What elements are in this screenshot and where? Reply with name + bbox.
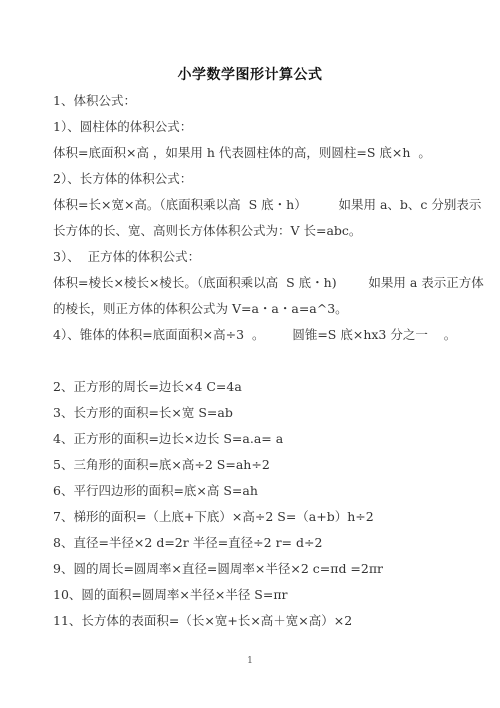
formula-line: 7、梯形的面积=（上底+下底）×高÷2 S=（a+b）h÷2 (53, 509, 374, 525)
formula-line: 11、长方体的表面积=（长×宽+长×高＋宽×高）×2 (53, 613, 352, 629)
formula-line: 5、三角形的面积=底×高÷2 S=ah÷2 (53, 457, 270, 473)
formula-line: 1）、圆柱体的体积公式： (53, 119, 192, 135)
formula-line: 的棱长，则正方体的体积公式为 V=a・a・a=a^3。 (53, 301, 348, 317)
formula-line: 4、正方形的面积=边长×边长 S=a.a= a (53, 431, 283, 447)
document-title: 小学数学图形计算公式 (0, 64, 500, 84)
formula-line: 3、长方形的面积=长×宽 S=ab (53, 405, 233, 421)
formula-line: 体积=底面积×高 ，如果用 h 代表圆柱体的高，则圆柱=S 底×h 。 (53, 145, 431, 161)
formula-line: 9、圆的周长=圆周率×直径=圆周率×半径×2 c=πd =2πr (53, 561, 383, 577)
formula-line: 体积=棱长×棱长×棱长。（底面积乘以高 S 底・h) 如果用 a 表示正方体 (53, 275, 484, 291)
formula-line: 2、正方形的周长=边长×4 C=4a (53, 379, 242, 395)
formula-line: 4）、锥体的体积=底面面积×高÷3 。 圆锥=S 底×hx3 分之一 。 (53, 327, 456, 343)
formula-line: 8、直径=半径×2 d=2r 半径=直径÷2 r= d÷2 (53, 535, 322, 551)
formula-line: 长方体的长、宽、高则长方体体积公式为：V 长=abc。 (53, 223, 361, 239)
document-page: 小学数学图形计算公式 1、体积公式：1）、圆柱体的体积公式：体积=底面积×高 ，… (0, 0, 500, 708)
formula-line: 10、圆的面积=圆周率×半径×半径 S=πr (53, 587, 288, 603)
formula-line: 1、体积公式： (53, 93, 136, 109)
formula-line: 6、平行四边形的面积=底×高 S=ah (53, 483, 258, 499)
formula-line: 2）、长方体的体积公式： (53, 171, 192, 187)
page-number: 1 (0, 656, 500, 666)
formula-line: 体积=长×宽×高。（底面积乘以高 S 底・h） 如果用 a、b、c 分别表示 (53, 197, 481, 213)
formula-line: 3）、 正方体的体积公式： (53, 249, 200, 265)
